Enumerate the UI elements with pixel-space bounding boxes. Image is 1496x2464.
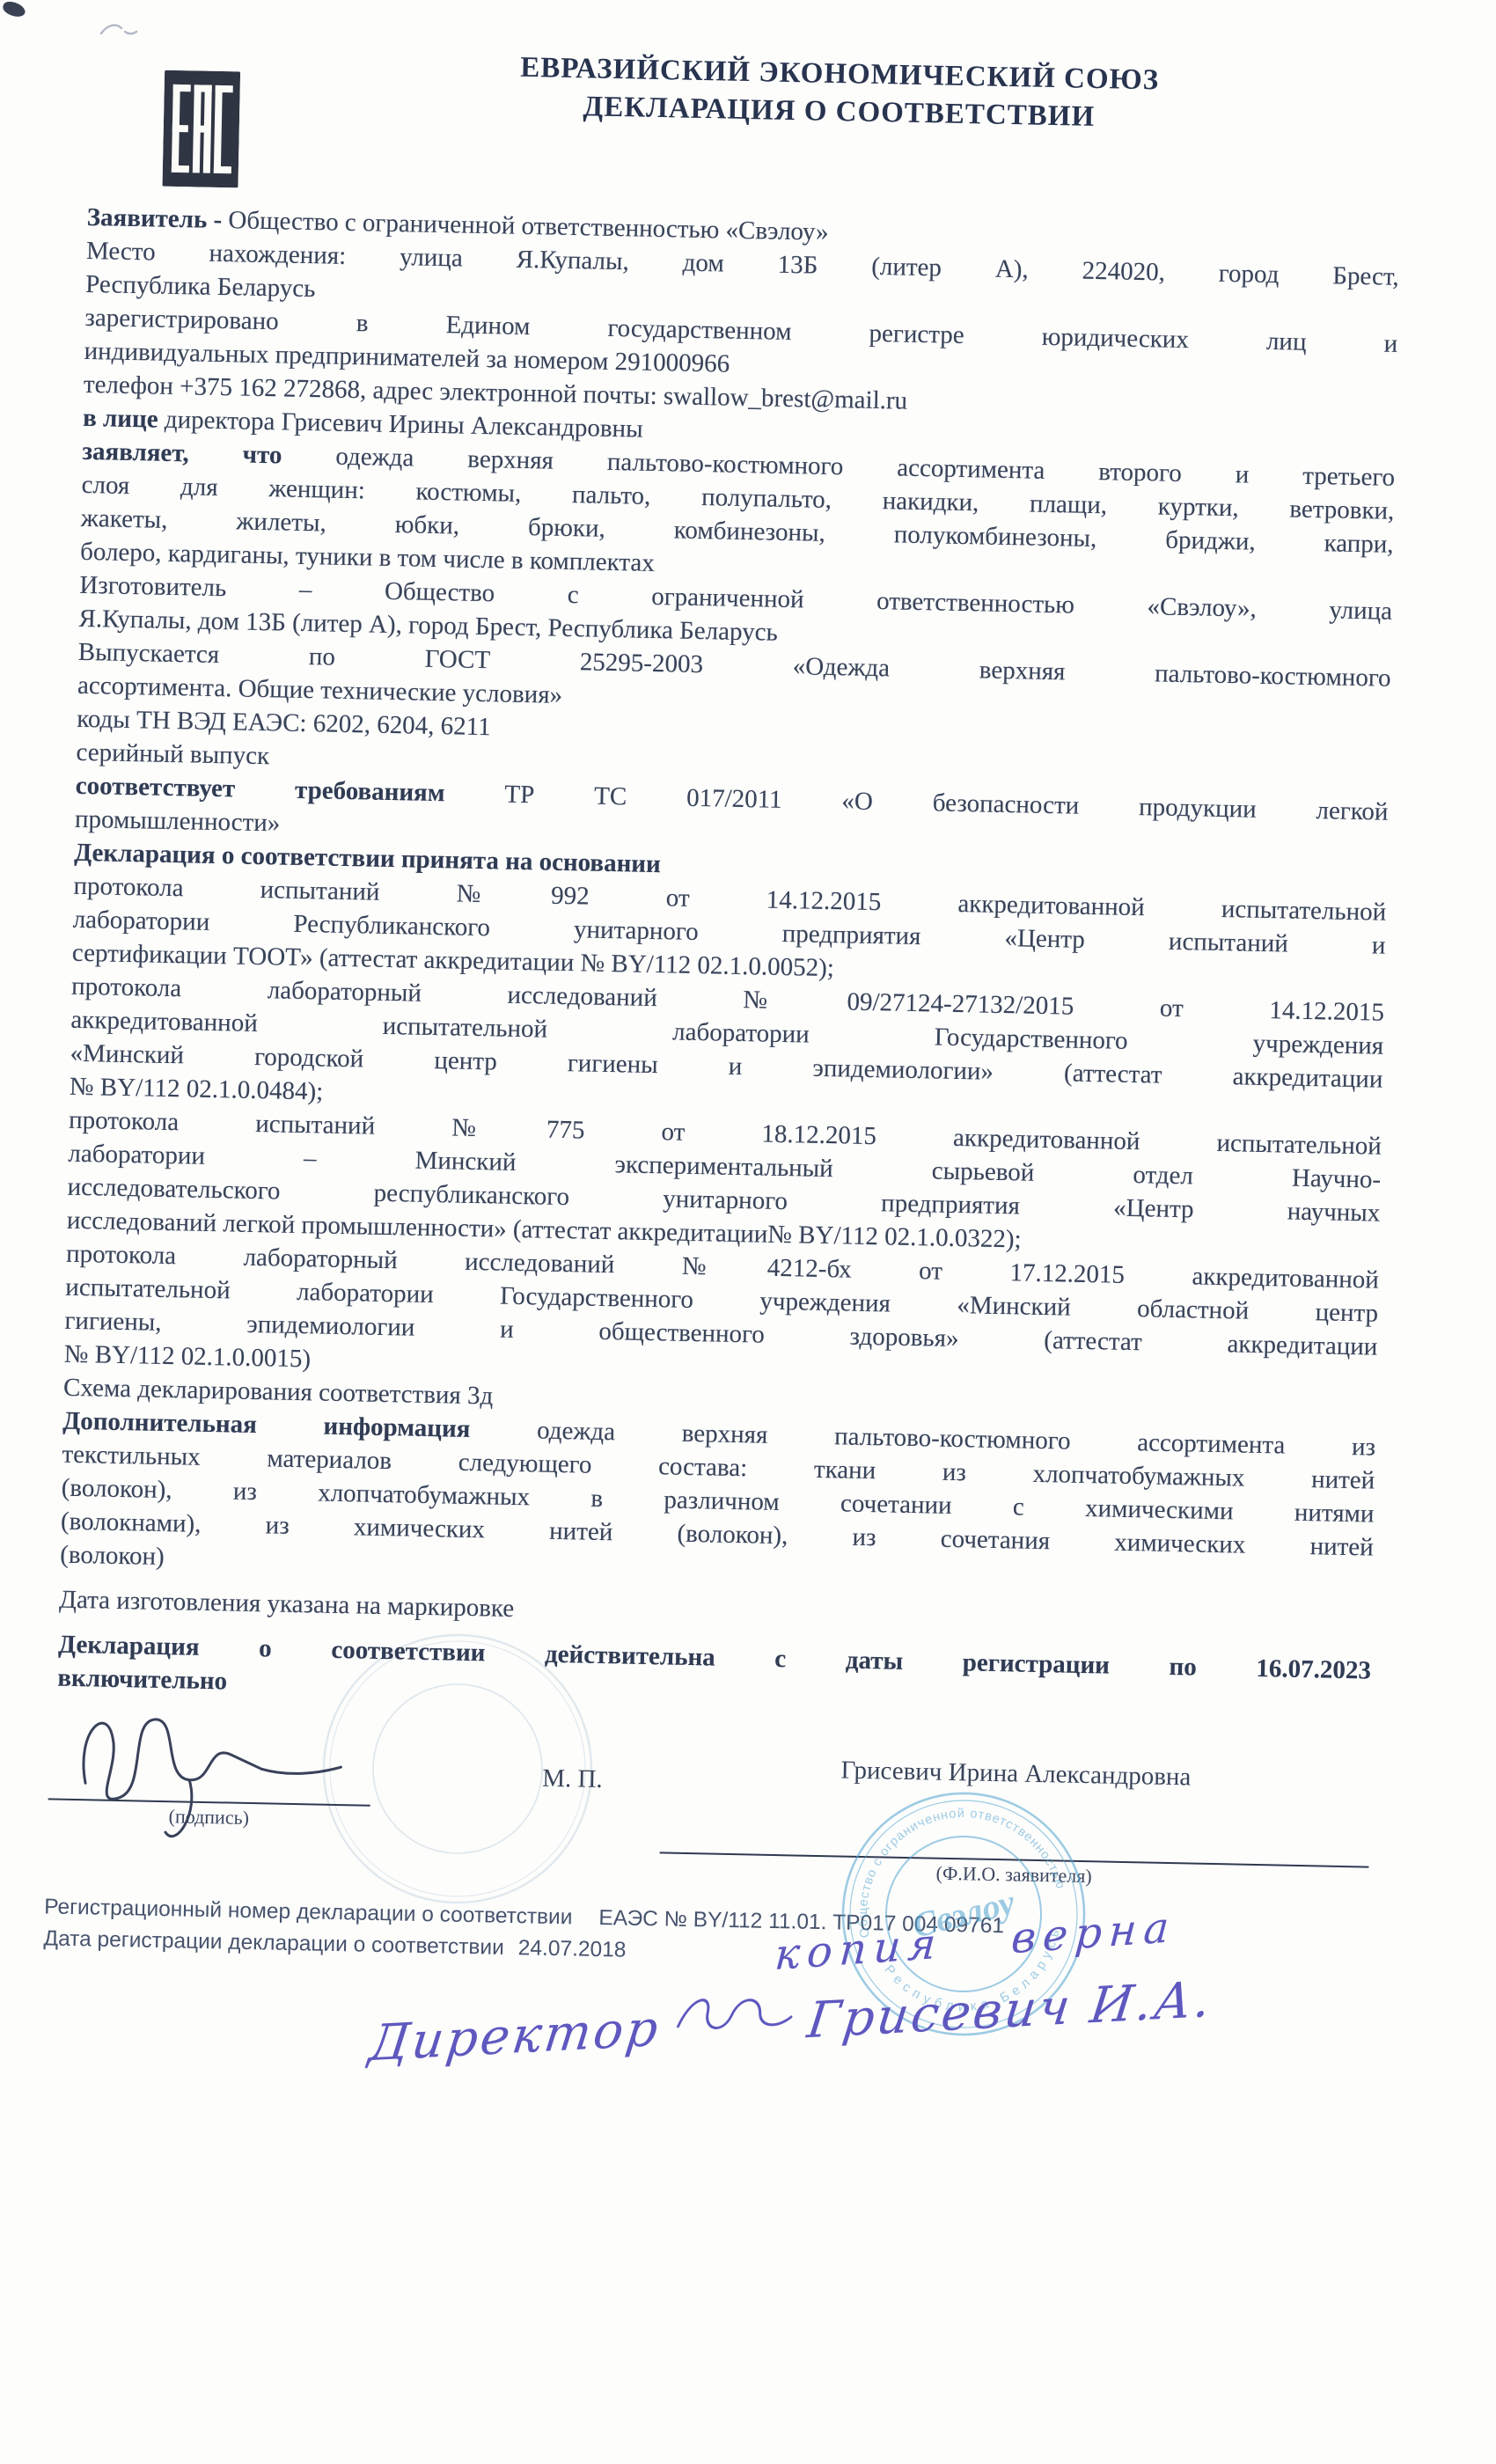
applicant-name-area: Грисевич Ирина Александровна (Ф.И.О. зая… <box>659 1752 1371 1893</box>
declaration-body: Заявитель - Общество с ограниченной отве… <box>57 201 1400 1721</box>
paragraph: Дополнительная информация одежда верхняя… <box>60 1404 1376 1598</box>
handwritten-name: Грисевич И.А. <box>804 1971 1216 2050</box>
handwritten-role: Директор <box>366 2000 664 2073</box>
registration-date-label: Дата регистрации декларации о соответств… <box>43 1926 504 1960</box>
document-title: ЕВРАЗИЙСКИЙ ЭКОНОМИЧЕСКИЙ СОЮЗ ДЕКЛАРАЦИ… <box>275 35 1404 143</box>
pen-mark <box>1 0 26 19</box>
paragraph: протокола испытаний №775 от 18.12.2015 а… <box>67 1104 1382 1264</box>
signature-flourish <box>671 1981 801 2044</box>
eac-mark-icon <box>162 70 240 188</box>
registration-date-value: 24.07.2018 <box>518 1936 627 1962</box>
applicant-name-caption: (Ф.И.О. заявителя) <box>659 1856 1368 1893</box>
pen-squiggle <box>99 19 139 42</box>
applicant-name: Грисевич Ирина Александровна <box>661 1752 1371 1795</box>
applicant-signature-area: (подпись) <box>48 1727 371 1831</box>
registration-number-label: Регистрационный номер декларации о соотв… <box>44 1895 573 1930</box>
paragraph: протокола лабораторный исследований №421… <box>63 1237 1379 1397</box>
stamp-place-label: М. П. <box>542 1764 603 1794</box>
scanned-declaration-page: ЕВРАЗИЙСКИЙ ЭКОНОМИЧЕСКИЙ СОЮЗ ДЕКЛАРАЦИ… <box>0 0 1496 2464</box>
paragraph: заявляет, что одежда верхняя пальтово-ко… <box>80 435 1396 595</box>
signature-block: (подпись) М. П. Грисевич Ирина Александр… <box>54 1728 1369 1887</box>
paragraph: протокола лабораторный исследований №09/… <box>70 970 1385 1130</box>
applicant-signature-ink <box>60 1677 354 1856</box>
document-header: ЕВРАЗИЙСКИЙ ЭКОНОМИЧЕСКИЙ СОЮЗ ДЕКЛАРАЦИ… <box>87 32 1404 227</box>
declaration-document: ЕВРАЗИЙСКИЙ ЭКОНОМИЧЕСКИЙ СОЮЗ ДЕКЛАРАЦИ… <box>52 32 1404 1985</box>
